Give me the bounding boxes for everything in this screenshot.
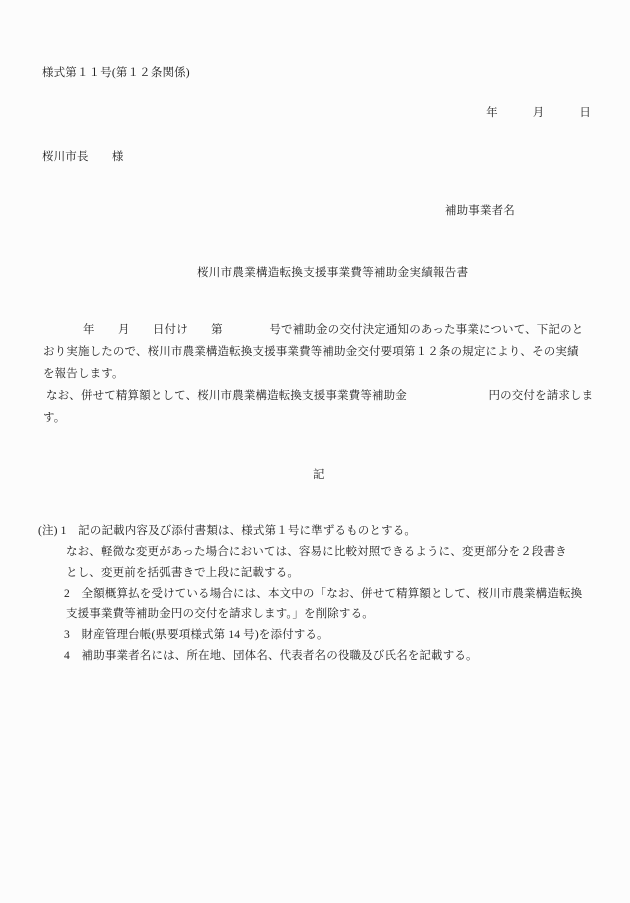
document-page: 様式第１１号(第１２条関係) 年 月 日 桜川市長 様 補助事業者名 桜川市農業… [0,0,630,903]
date-line: 年 月 日 [486,106,591,121]
note-line: なお、軽微な変更があった場合においては、容易に比較対照できるように、変更部分を２… [66,545,567,560]
document-title: 桜川市農業構造転換支援事業費等補助金実績報告書 [197,266,468,281]
form-number: 様式第１１号(第１２条関係) [42,66,190,81]
note-line: 3 財産管理台帳(県要項様式第 14 号)を添付する。 [64,628,329,643]
ki-heading: 記 [313,468,325,483]
note-line: 4 補助事業者名には、所在地、団体名、代表者名の役職及び氏名を記載する。 [64,649,478,664]
body-line: を報告します。 [43,367,124,382]
note-line: (注) 1 記の記載内容及び添付書類は、様式第１号に準ずるものとする。 [38,524,416,539]
body-line: 年 月 日付け 第 号で補助金の交付決定通知のあった事業について、下記のと [83,323,583,338]
body-line: す。 [43,411,65,426]
note-line: とし、変更前を括弧書きで上段に記載する。 [66,566,299,581]
note-line: 2 全額概算払を受けている場合には、本文中の「なお、併せて精算額として、桜川市農… [64,587,582,602]
note-line: 支援事業費等補助金円の交付を請求します。」を削除する。 [66,607,374,622]
body-line: なお、併せて精算額として、桜川市農業構造転換支援事業費等補助金 円の交付を請求し… [46,389,593,404]
addressee-line: 桜川市長 様 [42,150,124,165]
body-line: おり実施したので、桜川市農業構造転換支援事業費等補助金交付要項第１２条の規定によ… [43,345,579,360]
applicant-name-label: 補助事業者名 [445,204,515,219]
